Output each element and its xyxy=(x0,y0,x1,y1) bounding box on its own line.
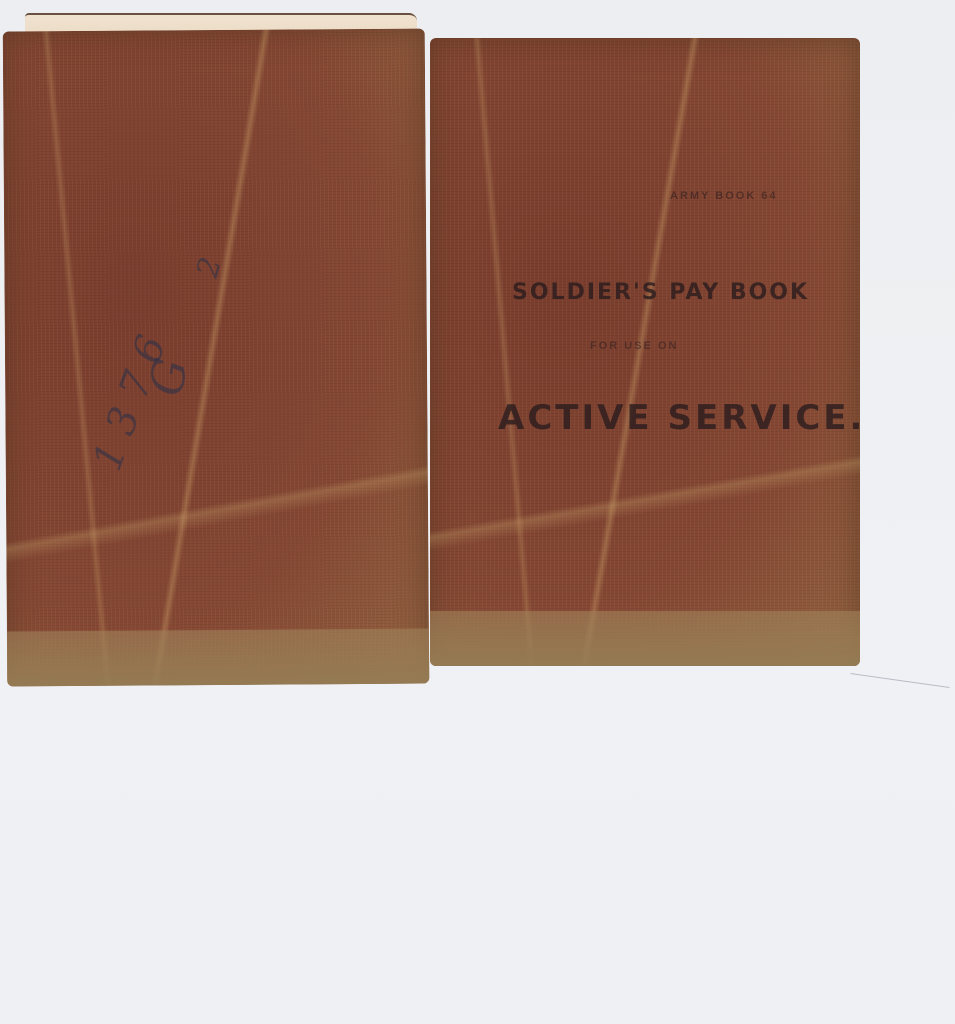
cover-subtitle: ACTIVE SERVICE. xyxy=(498,398,865,438)
front-cover xyxy=(430,38,860,666)
back-cover xyxy=(3,29,430,687)
cover-text-army-book: ARMY BOOK 64 xyxy=(670,190,778,202)
cover-title: SOLDIER'S PAY BOOK xyxy=(512,280,809,305)
cover-text-for-use-on: FOR USE ON xyxy=(590,340,678,352)
